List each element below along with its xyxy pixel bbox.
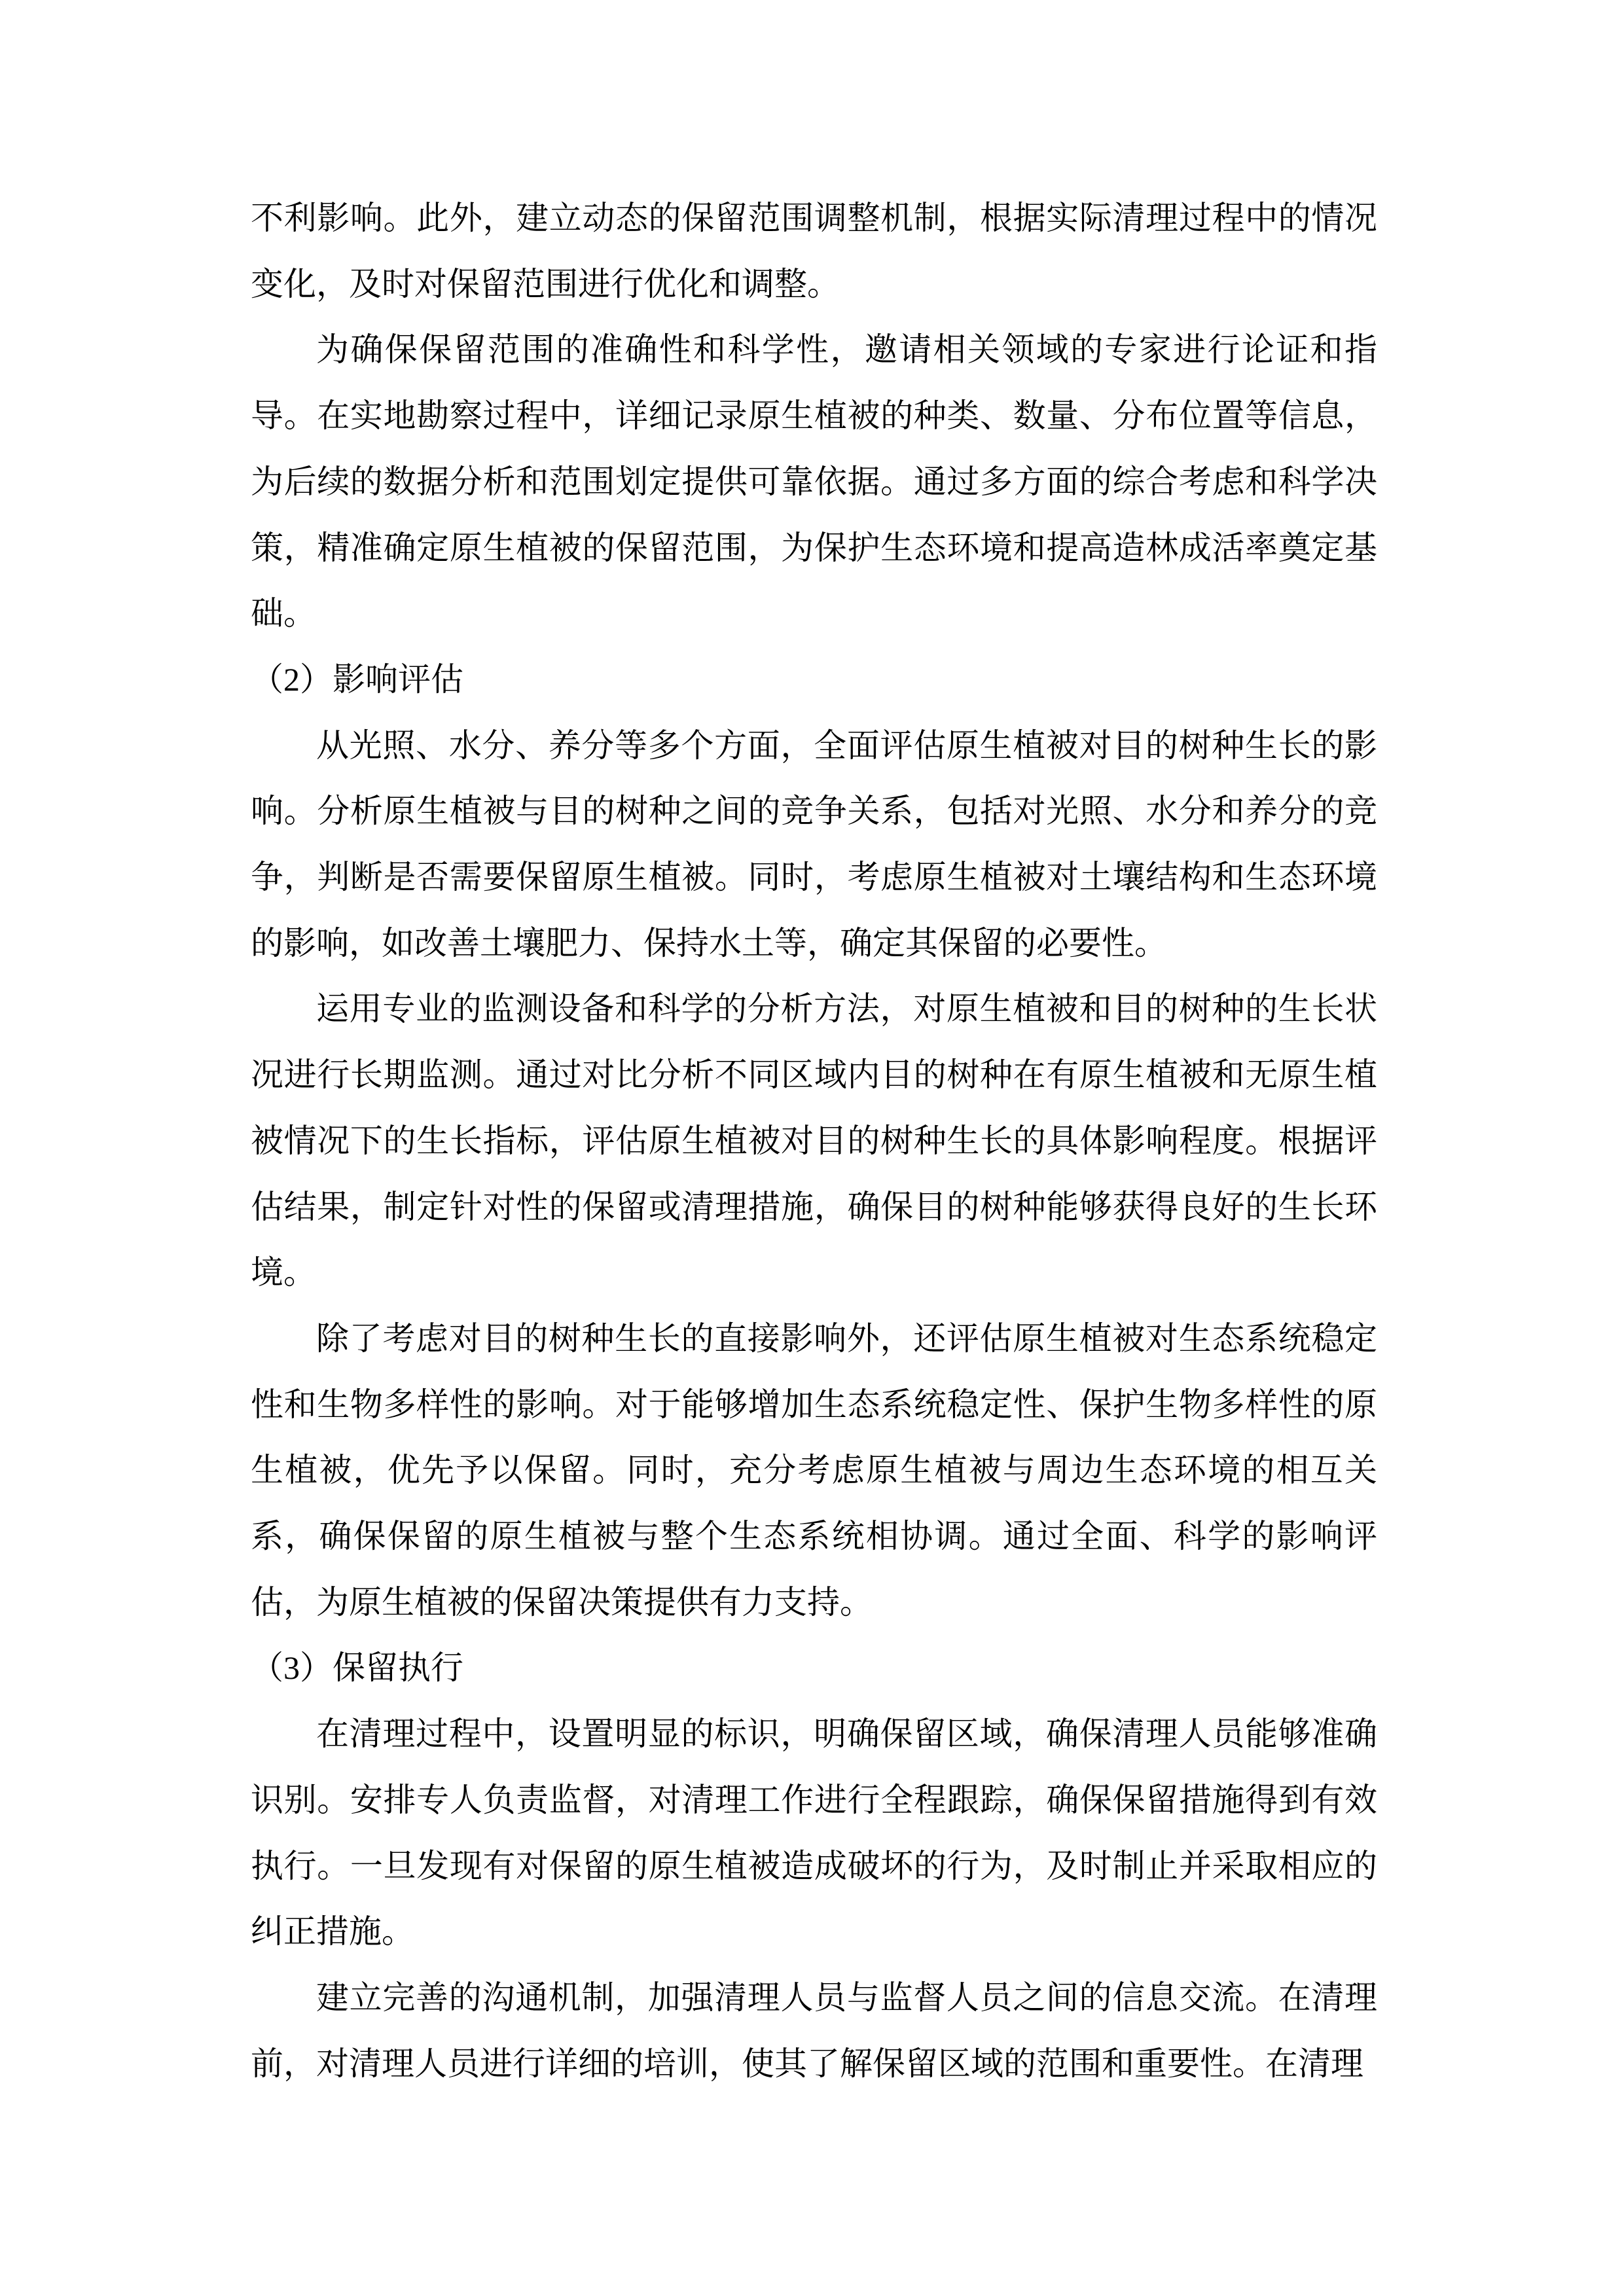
body-paragraph: 除了考虑对目的树种生长的直接影响外，还评估原生植被对生态系统稳定性和生物多样性的… — [251, 1306, 1377, 1636]
document-page: 不利影响。此外，建立动态的保留范围调整机制，根据实际清理过程中的情况变化，及时对… — [0, 0, 1624, 2296]
body-paragraph-continuation: 不利影响。此外，建立动态的保留范围调整机制，根据实际清理过程中的情况变化，及时对… — [251, 185, 1377, 317]
body-paragraph: 从光照、水分、养分等多个方面，全面评估原生植被对目的树种生长的影响。分析原生植被… — [251, 713, 1377, 977]
section-heading-3-retention-execution: （3）保留执行 — [251, 1635, 1377, 1701]
body-paragraph: 建立完善的沟通机制，加强清理人员与监督人员之间的信息交流。在清理前，对清理人员进… — [251, 1965, 1377, 2096]
body-paragraph: 运用专业的监测设备和科学的分析方法，对原生植被和目的树种的生长状况进行长期监测。… — [251, 976, 1377, 1306]
section-heading-2-impact-assessment: （2）影响评估 — [251, 647, 1377, 713]
body-paragraph: 在清理过程中，设置明显的标识，明确保留区域，确保清理人员能够准确识别。安排专人负… — [251, 1701, 1377, 1965]
document-content: 不利影响。此外，建立动态的保留范围调整机制，根据实际清理过程中的情况变化，及时对… — [251, 185, 1377, 2096]
body-paragraph: 为确保保留范围的准确性和科学性，邀请相关领域的专家进行论证和指导。在实地勘察过程… — [251, 317, 1377, 647]
